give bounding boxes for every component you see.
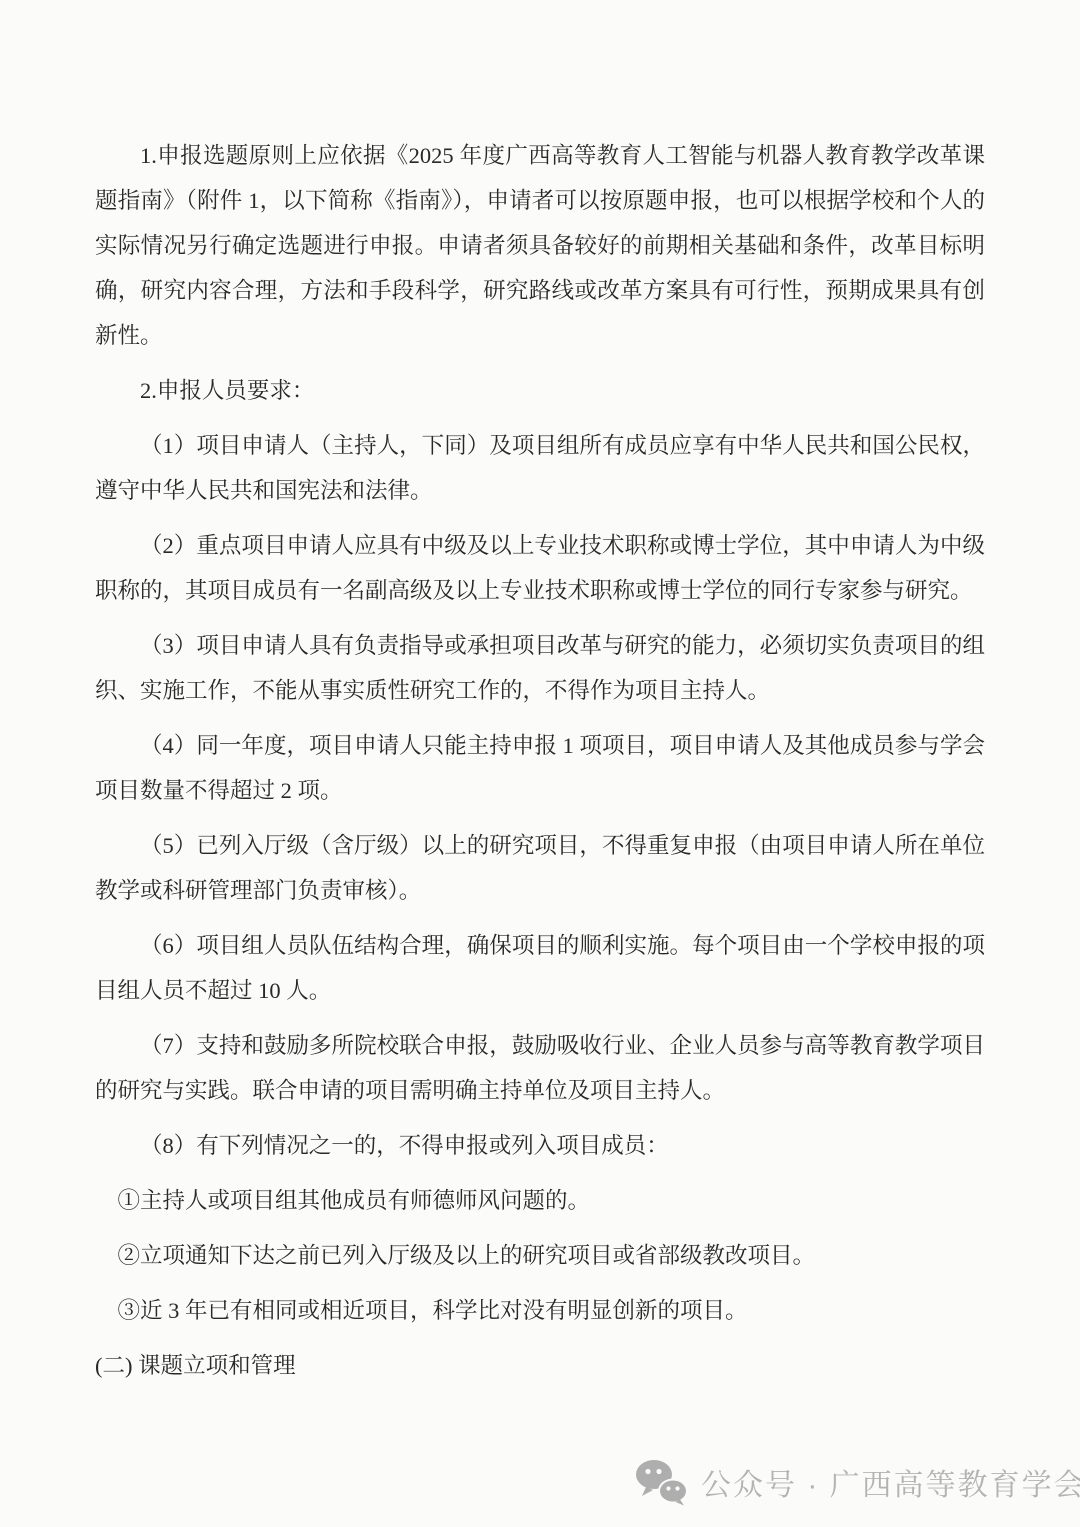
section-heading-project-approval-management: (二) 课题立项和管理 xyxy=(95,1343,985,1388)
paragraph-requirement-6: （6）项目组人员队伍结构合理，确保项目的顺利实施。每个项目由一个学校申报的项目组… xyxy=(95,923,985,1013)
paragraph-requirement-5: （5）已列入厅级（含厅级）以上的研究项目，不得重复申报（由项目申请人所在单位教学… xyxy=(95,823,985,913)
paragraph-requirement-7: （7）支持和鼓励多所院校联合申报，鼓励吸收行业、企业人员参与高等教育教学项目的研… xyxy=(95,1023,985,1113)
paragraph-exclusion-2: ②立项通知下达之前已列入厅级及以上的研究项目或省部级教改项目。 xyxy=(95,1233,985,1278)
paragraph-requirement-4: （4）同一年度，项目申请人只能主持申报 1 项项目，项目申请人及其他成员参与学会… xyxy=(95,723,985,813)
paragraph-exclusion-3: ③近 3 年已有相同或相近项目，科学比对没有明显创新的项目。 xyxy=(95,1288,985,1333)
wechat-watermark: 公众号 · 广西高等教育学会 xyxy=(633,1456,1080,1508)
wechat-account-label: 公众号 · 广西高等教育学会 xyxy=(701,1460,1080,1504)
paragraph-topic-principle: 1.申报选题原则上应依据《2025 年度广西高等教育人工智能与机器人教育教学改革… xyxy=(95,133,985,358)
document-body: 1.申报选题原则上应依据《2025 年度广西高等教育人工智能与机器人教育教学改革… xyxy=(95,133,985,1398)
paragraph-requirement-2: （2）重点项目申请人应具有中级及以上专业技术职称或博士学位，其中申请人为中级职称… xyxy=(95,523,985,613)
paragraph-personnel-requirements-heading: 2.申报人员要求： xyxy=(95,368,985,413)
wechat-icon xyxy=(633,1458,689,1506)
paragraph-requirement-8: （8）有下列情况之一的，不得申报或列入项目成员： xyxy=(95,1123,985,1168)
paragraph-requirement-1: （1）项目申请人（主持人，下同）及项目组所有成员应享有中华人民共和国公民权，遵守… xyxy=(95,423,985,513)
document-page: 1.申报选题原则上应依据《2025 年度广西高等教育人工智能与机器人教育教学改革… xyxy=(0,0,1080,1527)
paragraph-requirement-3: （3）项目申请人具有负责指导或承担项目改革与研究的能力，必须切实负责项目的组织、… xyxy=(95,623,985,713)
paragraph-exclusion-1: ①主持人或项目组其他成员有师德师风问题的。 xyxy=(95,1178,985,1223)
